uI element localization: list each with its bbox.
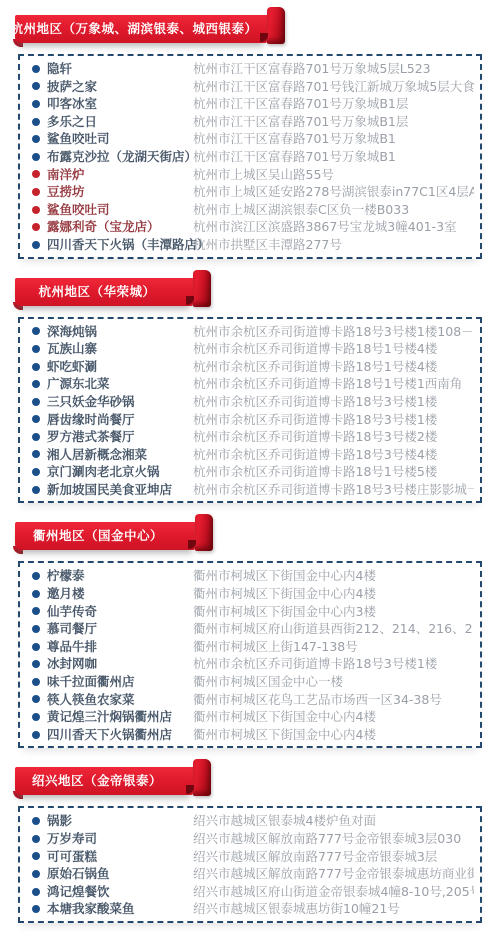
restaurant-name: 瓦族山寨 (47, 340, 193, 358)
restaurant-address: 衢州市柯城区下街国金中心内4楼 (193, 708, 474, 726)
bullet-icon (32, 660, 40, 668)
bullet-icon (32, 835, 40, 843)
restaurant-address: 杭州市江干区富春路701号万象城B1层 (193, 95, 474, 113)
restaurant-name: 露娜利奇（宝龙店） (47, 218, 193, 236)
restaurant-name: 豆捞坊 (47, 183, 193, 201)
restaurant-list: 隐轩 杭州市江干区富春路701号万象城5层L523 披萨之家 杭州市江干区富春路… (18, 54, 482, 259)
bullet-icon (32, 870, 40, 878)
region-ribbon: 衢州地区（国金中心） (15, 514, 211, 554)
restaurant-address: 杭州市余杭区乔司街道博卡路18号3号楼1楼 (193, 393, 474, 411)
bullet-icon (32, 398, 40, 406)
restaurant-row: 南洋炉 杭州市上城区吴山路55号 (26, 166, 474, 184)
bullet-icon (32, 607, 40, 615)
restaurant-list: 柠檬泰 衢州市柯城区下街国金中心内4楼 邀月楼 衢州市柯城区下街国金中心内4楼 … (18, 561, 482, 748)
restaurant-name: 鸿记煌餐饮 (47, 883, 193, 901)
restaurant-name: 罗方港式茶餐厅 (47, 428, 193, 446)
bullet-icon (32, 380, 40, 388)
restaurant-name: 深海炖锅 (47, 323, 193, 341)
bullet-icon (32, 135, 40, 143)
ribbon-fold-icon (195, 514, 213, 551)
restaurant-row: 本塘我家酸菜鱼 绍兴市越城区银泰城惠坊街10幢21号 (26, 900, 474, 918)
ribbon-fold-icon (193, 759, 211, 796)
region-title: 杭州地区（万象城、湖滨银泰、城西银泰） (1, 15, 282, 43)
restaurant-address: 杭州市上城区吴山路55号 (193, 166, 474, 184)
region-section: 衢州地区（国金中心） 柠檬泰 衢州市柯城区下街国金中心内4楼 邀月楼 衢州市柯城… (0, 514, 500, 748)
restaurant-address: 杭州市上城区湖滨银泰C区负一楼B033 (193, 201, 474, 219)
ribbon-band: 杭州地区（华荣城） (15, 278, 193, 306)
restaurant-name: 可可蛋糕 (47, 848, 193, 866)
region-ribbon: 杭州地区（万象城、湖滨银泰、城西银泰） (15, 7, 283, 47)
restaurant-name: 慕司餐厅 (47, 620, 193, 638)
bullet-icon (32, 643, 40, 651)
restaurant-row: 露娜利奇（宝龙店） 杭州市滨江区滨盛路3867号宝龙城3幢401-3室 (26, 218, 474, 236)
restaurant-address: 杭州市余杭区乔司街道博卡路18号3号楼1楼 (193, 655, 474, 673)
bullet-icon (32, 206, 40, 214)
ribbon-band: 绍兴地区（金帝银泰） (15, 767, 193, 795)
restaurant-address: 绍兴市越城区府山街道金帝银泰城4幢8-10号,205号商铺 (193, 883, 474, 901)
restaurant-address: 杭州市江干区富春路701号万象城B1 (193, 148, 474, 166)
restaurant-address: 杭州市余杭区乔司街道博卡路18号3号楼庄影影城一楼 (193, 481, 474, 499)
restaurant-row: 叩客冰室 杭州市江干区富春路701号万象城B1层 (26, 95, 474, 113)
bullet-icon (32, 486, 40, 494)
restaurant-address: 衢州市柯城区花鸟工艺品市场西一区34-38号 (193, 691, 474, 709)
restaurant-row: 邀月楼 衢州市柯城区下街国金中心内4楼 (26, 585, 474, 603)
bullet-icon (32, 223, 40, 231)
restaurant-address: 衢州市柯城区下街国金中心内4楼 (193, 567, 474, 585)
restaurant-row: 锅影 绍兴市越城区银泰城4楼炉鱼对面 (26, 812, 474, 830)
restaurant-address: 杭州市江干区富春路701号钱江新城万象城5层大食代 (193, 78, 474, 96)
restaurant-name: 锅影 (47, 812, 193, 830)
bullet-icon (32, 327, 40, 335)
bullet-icon (32, 905, 40, 913)
restaurant-name: 广源东北菜 (47, 375, 193, 393)
restaurant-row: 布露克沙拉（龙湖天街店） 杭州市江干区富春路701号万象城B1 (26, 148, 474, 166)
bullet-icon (32, 433, 40, 441)
restaurant-row: 罗方港式茶餐厅 杭州市余杭区乔司街道博卡路18号3号楼2楼 (26, 428, 474, 446)
ribbon-band: 杭州地区（万象城、湖滨银泰、城西银泰） (15, 15, 267, 43)
restaurant-row: 虾吃虾涮 杭州市余杭区乔司街道博卡路18号1号楼4楼 (26, 358, 474, 376)
restaurant-row: 隐轩 杭州市江干区富春路701号万象城5层L523 (26, 60, 474, 78)
restaurant-row: 瓦族山寨 杭州市余杭区乔司街道博卡路18号1号楼4楼 (26, 340, 474, 358)
restaurant-row: 冰封网咖 杭州市余杭区乔司街道博卡路18号3号楼1楼 (26, 655, 474, 673)
restaurant-name: 邀月楼 (47, 585, 193, 603)
bullet-icon (32, 100, 40, 108)
restaurant-address: 杭州市余杭区乔司街道博卡路18号1号楼1西南角 (193, 375, 474, 393)
bullet-icon (32, 118, 40, 126)
restaurant-row: 豆捞坊 杭州市上城区延安路278号湖滨银泰in77C1区4层A401 (26, 183, 474, 201)
bullet-icon (32, 695, 40, 703)
restaurant-address: 杭州市江干区富春路701号万象城B1层 (193, 113, 474, 131)
restaurant-name: 唇齿缘时尚餐厅 (47, 411, 193, 429)
restaurant-address: 杭州市余杭区乔司街道博卡路18号1号楼4楼 (193, 340, 474, 358)
restaurant-row: 原始石锅鱼 绍兴市越城区解放南路777号金帝银泰城惠坊商业街5幢1楼20号 (26, 865, 474, 883)
restaurant-row: 广源东北菜 杭州市余杭区乔司街道博卡路18号1号楼1西南角 (26, 375, 474, 393)
restaurant-name: 本塘我家酸菜鱼 (47, 900, 193, 918)
bullet-icon (32, 731, 40, 739)
restaurant-row: 三只妖金华砂锅 杭州市余杭区乔司街道博卡路18号3号楼1楼 (26, 393, 474, 411)
region-section: 杭州地区（万象城、湖滨银泰、城西银泰） 隐轩 杭州市江干区富春路701号万象城5… (0, 7, 500, 259)
restaurant-list: 锅影 绍兴市越城区银泰城4楼炉鱼对面 万岁寿司 绍兴市越城区解放南路777号金帝… (18, 806, 482, 923)
restaurant-address: 杭州市江干区富春路701号万象城5层L523 (193, 60, 474, 78)
region-title: 杭州地区（华荣城） (28, 278, 179, 306)
restaurant-row: 万岁寿司 绍兴市越城区解放南路777号金帝银泰城3层030 (26, 830, 474, 848)
restaurant-name: 仙芋传奇 (47, 603, 193, 621)
bullet-icon (32, 153, 40, 161)
restaurant-row: 尊品牛排 衢州市柯城区上街147-138号 (26, 638, 474, 656)
bullet-icon (32, 713, 40, 721)
restaurant-address: 杭州市上城区延安路278号湖滨银泰in77C1区4层A401 (193, 183, 474, 201)
region-ribbon: 绍兴地区（金帝银泰） (15, 759, 209, 799)
restaurant-row: 披萨之家 杭州市江干区富春路701号钱江新城万象城5层大食代 (26, 78, 474, 96)
restaurant-row: 慕司餐厅 衢州市柯城区府山街道县西街212、214、216、218号 (26, 620, 474, 638)
restaurant-row: 鸿记煌餐饮 绍兴市越城区府山街道金帝银泰城4幢8-10号,205号商铺 (26, 883, 474, 901)
region-title: 绍兴地区（金帝银泰） (22, 767, 186, 795)
restaurant-row: 四川香天下火锅（丰潭路店） 杭州市拱墅区丰潭路277号 (26, 236, 474, 254)
restaurant-address: 绍兴市越城区银泰城4楼炉鱼对面 (193, 812, 474, 830)
restaurant-address: 衢州市柯城区国金中心一楼 (193, 673, 474, 691)
restaurant-name: 南洋炉 (47, 166, 193, 184)
bullet-icon (32, 817, 40, 825)
restaurant-address: 绍兴市越城区解放南路777号金帝银泰城3层 (193, 848, 474, 866)
restaurant-row: 新加坡国民美食亚坤店 杭州市余杭区乔司街道博卡路18号3号楼庄影影城一楼 (26, 481, 474, 499)
restaurant-row: 鲨鱼咬吐司 杭州市上城区湖滨银泰C区负一楼B033 (26, 201, 474, 219)
restaurant-row: 柠檬泰 衢州市柯城区下街国金中心内4楼 (26, 567, 474, 585)
restaurant-name: 三只妖金华砂锅 (47, 393, 193, 411)
bullet-icon (32, 678, 40, 686)
restaurant-address: 绍兴市越城区解放南路777号金帝银泰城3层030 (193, 830, 474, 848)
restaurant-address: 杭州市余杭区乔司街道博卡路18号3号楼1楼 (193, 411, 474, 429)
restaurant-name: 四川香天下火锅（丰潭路店） (47, 236, 193, 254)
restaurant-row: 仙芋传奇 衢州市柯城区下街国金中心内3楼 (26, 603, 474, 621)
region-section: 绍兴地区（金帝银泰） 锅影 绍兴市越城区银泰城4楼炉鱼对面 万岁寿司 绍兴市越城… (0, 759, 500, 923)
restaurant-name: 隐轩 (47, 60, 193, 78)
restaurant-name: 黄记煌三汁焖锅衢州店 (47, 708, 193, 726)
restaurant-name: 鲨鱼咬吐司 (47, 201, 193, 219)
restaurant-name: 多乐之日 (47, 113, 193, 131)
restaurant-address: 杭州市余杭区乔司街道博卡路18号3号楼4楼 (193, 446, 474, 464)
bullet-icon (32, 170, 40, 178)
restaurant-row: 筷人筷鱼农家菜 衢州市柯城区花鸟工艺品市场西一区34-38号 (26, 691, 474, 709)
restaurant-row: 四川香天下火锅衢州店 衢州市柯城区下街国金中心内4楼 (26, 726, 474, 744)
page: 杭州地区（万象城、湖滨银泰、城西银泰） 隐轩 杭州市江干区富春路701号万象城5… (0, 0, 500, 923)
restaurant-name: 冰封网咖 (47, 655, 193, 673)
bullet-icon (32, 852, 40, 860)
restaurant-name: 湘人居新概念湘菜 (47, 446, 193, 464)
restaurant-row: 鲨鱼咬吐司 杭州市江干区富春路701号万象城B1 (26, 130, 474, 148)
restaurant-address: 杭州市江干区富春路701号万象城B1 (193, 130, 474, 148)
restaurant-name: 新加坡国民美食亚坤店 (47, 481, 193, 499)
restaurant-address: 衢州市柯城区下街国金中心内4楼 (193, 726, 474, 744)
restaurant-address: 杭州市拱墅区丰潭路277号 (193, 236, 474, 254)
restaurant-address: 杭州市滨江区滨盛路3867号宝龙城3幢401-3室 (193, 218, 474, 236)
bullet-icon (32, 188, 40, 196)
restaurant-name: 鲨鱼咬吐司 (47, 130, 193, 148)
restaurant-row: 唇齿缘时尚餐厅 杭州市余杭区乔司街道博卡路18号3号楼1楼 (26, 411, 474, 429)
bullet-icon (32, 363, 40, 371)
restaurant-row: 黄记煌三汁焖锅衢州店 衢州市柯城区下街国金中心内4楼 (26, 708, 474, 726)
restaurant-address: 杭州市余杭区乔司街道博卡路18号3号楼2楼 (193, 428, 474, 446)
bullet-icon (32, 82, 40, 90)
restaurant-name: 京门涮肉老北京火锅 (47, 463, 193, 481)
bullet-icon (32, 241, 40, 249)
restaurant-name: 味千拉面衢州店 (47, 673, 193, 691)
restaurant-name: 尊品牛排 (47, 638, 193, 656)
restaurant-name: 叩客冰室 (47, 95, 193, 113)
restaurant-name: 万岁寿司 (47, 830, 193, 848)
restaurant-row: 京门涮肉老北京火锅 杭州市余杭区乔司街道博卡路18号1号楼5楼 (26, 463, 474, 481)
bullet-icon (32, 888, 40, 896)
bullet-icon (32, 345, 40, 353)
restaurant-address: 杭州市余杭区乔司街道博卡路18号1号楼4楼 (193, 358, 474, 376)
restaurant-name: 原始石锅鱼 (47, 865, 193, 883)
region-section: 杭州地区（华荣城） 深海炖锅 杭州市余杭区乔司街道博卡路18号3号楼1楼108－… (0, 270, 500, 504)
bullet-icon (32, 625, 40, 633)
restaurant-name: 柠檬泰 (47, 567, 193, 585)
restaurant-name: 筷人筷鱼农家菜 (47, 691, 193, 709)
restaurant-address: 衢州市柯城区府山街道县西街212、214、216、218号 (193, 620, 474, 638)
restaurant-address: 衢州市柯城区下街国金中心内4楼 (193, 585, 474, 603)
restaurant-address: 衢州市柯城区上街147-138号 (193, 638, 474, 656)
ribbon-band: 衢州地区（国金中心） (15, 522, 195, 550)
restaurant-name: 四川香天下火锅衢州店 (47, 726, 193, 744)
restaurant-row: 深海炖锅 杭州市余杭区乔司街道博卡路18号3号楼1楼108－1室 (26, 323, 474, 341)
restaurant-address: 杭州市余杭区乔司街道博卡路18号3号楼1楼108－1室 (193, 323, 474, 341)
restaurant-address: 衢州市柯城区下街国金中心内3楼 (193, 603, 474, 621)
bullet-icon (32, 468, 40, 476)
restaurant-row: 可可蛋糕 绍兴市越城区解放南路777号金帝银泰城3层 (26, 848, 474, 866)
restaurant-row: 湘人居新概念湘菜 杭州市余杭区乔司街道博卡路18号3号楼4楼 (26, 446, 474, 464)
ribbon-fold-icon (267, 7, 285, 44)
region-title: 衢州地区（国金中心） (23, 522, 187, 550)
restaurant-row: 多乐之日 杭州市江干区富春路701号万象城B1层 (26, 113, 474, 131)
restaurant-address: 杭州市余杭区乔司街道博卡路18号1号楼5楼 (193, 463, 474, 481)
bullet-icon (32, 415, 40, 423)
restaurant-name: 虾吃虾涮 (47, 358, 193, 376)
restaurant-row: 味千拉面衢州店 衢州市柯城区国金中心一楼 (26, 673, 474, 691)
bullet-icon (32, 590, 40, 598)
restaurant-address: 绍兴市越城区解放南路777号金帝银泰城惠坊商业街5幢1楼20号 (193, 865, 474, 883)
ribbon-fold-icon (193, 270, 211, 307)
restaurant-address: 绍兴市越城区银泰城惠坊街10幢21号 (193, 900, 474, 918)
bullet-icon (32, 572, 40, 580)
restaurant-list: 深海炖锅 杭州市余杭区乔司街道博卡路18号3号楼1楼108－1室 瓦族山寨 杭州… (18, 317, 482, 504)
bullet-icon (32, 65, 40, 73)
region-ribbon: 杭州地区（华荣城） (15, 270, 209, 310)
restaurant-name: 布露克沙拉（龙湖天街店） (47, 148, 193, 166)
restaurant-name: 披萨之家 (47, 78, 193, 96)
bullet-icon (32, 450, 40, 458)
